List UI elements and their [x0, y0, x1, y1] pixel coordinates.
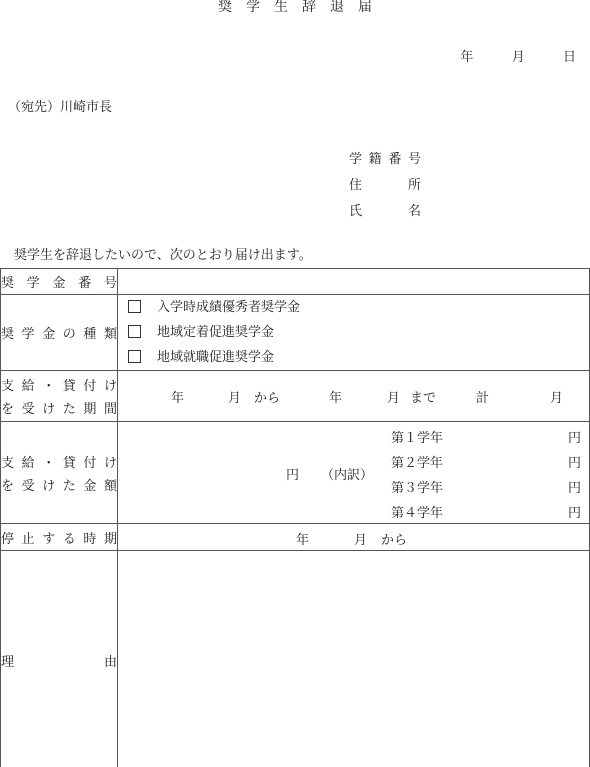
date-month-label: 月 — [512, 46, 525, 65]
char: け — [42, 398, 55, 417]
char: 奨 — [1, 323, 14, 342]
student-id-label: 学 籍 番 号 — [349, 148, 421, 167]
char: 由 — [104, 651, 117, 670]
char: 類 — [104, 323, 117, 342]
char: 籍 — [369, 148, 382, 167]
to-year-unit: 年 — [329, 387, 342, 406]
year1-label: 第１学年 — [391, 427, 443, 446]
from-text: から — [254, 387, 280, 406]
char: 番 — [78, 272, 91, 291]
char: す — [42, 528, 55, 547]
year4-label: 第４学年 — [391, 502, 443, 521]
scholarship-type-row: 奨 学 金 の 種 類 入学時成績優秀者奨学金 地域定着促進奨学金 地域就職促進… — [1, 295, 590, 371]
option-regional-employment[interactable]: 地域就職促進奨学金 — [118, 345, 589, 370]
char: 所 — [408, 174, 421, 193]
char: た — [63, 398, 76, 417]
year3-yen-unit: 円 — [568, 477, 581, 496]
char: 奨 — [1, 272, 14, 291]
year4-yen-unit: 円 — [568, 502, 581, 521]
date-year-label: 年 — [460, 46, 473, 65]
breakdown-label: （内訳） — [321, 464, 373, 483]
option-label: 入学時成績優秀者奨学金 — [157, 300, 300, 315]
from-month-unit: 月 — [228, 387, 241, 406]
scholarship-number-label: 奨 学 金 番 号 — [1, 269, 118, 295]
option-regional-settlement[interactable]: 地域定着促進奨学金 — [118, 320, 589, 345]
scholarship-type-options: 入学時成績優秀者奨学金 地域定着促進奨学金 地域就職促進奨学金 — [118, 295, 590, 371]
char: 貸 — [63, 375, 76, 394]
char: 間 — [104, 398, 117, 417]
char: 貸 — [63, 452, 76, 471]
char: 期 — [83, 398, 96, 417]
year2-label: 第２学年 — [391, 452, 443, 471]
date-day-label: 日 — [563, 46, 576, 65]
char: 学 — [349, 148, 362, 167]
to-month-unit: 月 — [387, 387, 400, 406]
char: ・ — [42, 375, 55, 394]
checkbox[interactable] — [128, 325, 141, 338]
address-label: 住 所 — [349, 174, 421, 193]
char: 学 — [22, 323, 35, 342]
stop-time-field[interactable]: 年 月 から — [118, 524, 590, 551]
char: 支 — [1, 452, 14, 471]
char: 番 — [388, 148, 401, 167]
period-field[interactable]: 年 月 から 年 月 まで 計 月 — [118, 371, 590, 422]
addressee: （宛先）川崎市長 — [8, 96, 112, 115]
document-title: 奨学生辞退届 — [0, 0, 590, 16]
period-label: 支 給 ・ 貸 付 け を 受 け た 期 間 — [1, 371, 118, 422]
option-label: 地域定着促進奨学金 — [157, 325, 274, 340]
stop-time-label: 停 止 す る 時 期 — [1, 524, 118, 551]
char: 氏 — [349, 200, 362, 219]
period-row: 支 給 ・ 貸 付 け を 受 け た 期 間 年 月 から 年 月 — [1, 371, 590, 422]
year1-yen-unit: 円 — [568, 427, 581, 446]
option-label: 地域就職促進奨学金 — [157, 350, 274, 365]
amount-row: 支 給 ・ 貸 付 け を 受 け た 金 額 円 （内訳） 第１学年 円 — [1, 422, 590, 524]
char: 時 — [83, 528, 96, 547]
option-entrance-merit[interactable]: 入学時成績優秀者奨学金 — [118, 295, 589, 320]
reason-label: 理 由 — [1, 551, 118, 767]
char: 金 — [42, 323, 55, 342]
to-text: まで — [410, 387, 436, 406]
char: る — [63, 528, 76, 547]
name-label: 氏 名 — [349, 200, 421, 219]
char: 住 — [349, 174, 362, 193]
char: 給 — [22, 375, 35, 394]
char: 名 — [408, 200, 421, 219]
stop-month-unit: 月 — [354, 529, 367, 548]
char: 受 — [22, 398, 35, 417]
char: 受 — [22, 475, 35, 494]
amount-field[interactable]: 円 （内訳） 第１学年 円 第２学年 円 第３学年 円 第４学年 円 — [118, 422, 590, 524]
total-month-unit: 月 — [550, 387, 563, 406]
char: の — [63, 323, 76, 342]
checkbox[interactable] — [128, 300, 141, 313]
char: 理 — [1, 651, 14, 670]
char: け — [104, 375, 117, 394]
char: 号 — [408, 148, 421, 167]
year2-yen-unit: 円 — [568, 452, 581, 471]
scholarship-type-label: 奨 学 金 の 種 類 — [1, 295, 118, 371]
scholarship-number-field[interactable] — [118, 269, 590, 295]
reason-field[interactable] — [118, 551, 590, 767]
checkbox[interactable] — [128, 350, 141, 363]
reason-row: 理 由 — [1, 551, 590, 767]
char: 止 — [22, 528, 35, 547]
char: 支 — [1, 375, 14, 394]
char: 期 — [104, 528, 117, 547]
char: を — [1, 475, 14, 494]
char: 種 — [83, 323, 96, 342]
amount-label: 支 給 ・ 貸 付 け を 受 け た 金 額 — [1, 422, 118, 524]
stop-year-unit: 年 — [296, 529, 309, 548]
from-year-unit: 年 — [171, 387, 184, 406]
char: を — [1, 398, 14, 417]
char: 給 — [22, 452, 35, 471]
char: 停 — [1, 528, 14, 547]
total-yen-unit: 円 — [286, 464, 299, 483]
submission-date: 年 月 日 — [460, 46, 576, 65]
intro-text: 奨学生を辞退したいので、次のとおり届け出ます。 — [14, 244, 312, 263]
char: け — [104, 452, 117, 471]
char: 付 — [83, 375, 96, 394]
stop-time-row: 停 止 す る 時 期 年 月 から — [1, 524, 590, 551]
char: け — [42, 475, 55, 494]
char: ・ — [42, 452, 55, 471]
stop-from-text: から — [381, 529, 407, 548]
char: た — [63, 475, 76, 494]
char: 付 — [83, 452, 96, 471]
char: 金 — [52, 272, 65, 291]
scholarship-number-row: 奨 学 金 番 号 — [1, 269, 590, 295]
char: 学 — [27, 272, 40, 291]
char: 額 — [104, 475, 117, 494]
char: 号 — [104, 272, 117, 291]
total-label: 計 — [476, 387, 489, 406]
withdrawal-form-table: 奨 学 金 番 号 奨 学 金 の 種 類 入学時成績優秀者奨学金 — [0, 268, 590, 767]
year3-label: 第３学年 — [391, 477, 443, 496]
char: 金 — [83, 475, 96, 494]
